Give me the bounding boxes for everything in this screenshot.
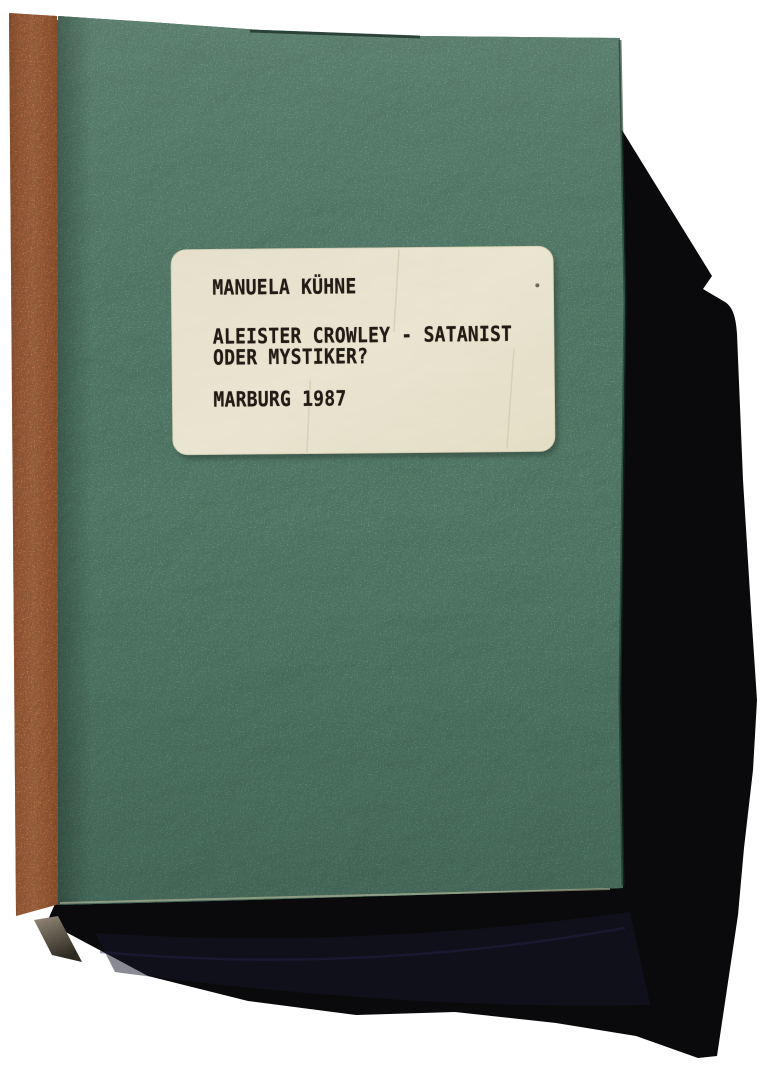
book-spine [9, 13, 63, 916]
book-photo-artwork [0, 0, 768, 1075]
cover-shading [58, 16, 625, 905]
cover-left-shading [58, 16, 92, 905]
title-label [171, 246, 559, 460]
spine-grain [9, 13, 63, 916]
photo-scene: MANUELA KÜHNE ALEISTER CROWLEY - SATANIS… [0, 0, 768, 1075]
label-paper-texture [171, 246, 555, 455]
label-ink-dot [535, 283, 539, 287]
book-cover [58, 16, 625, 905]
